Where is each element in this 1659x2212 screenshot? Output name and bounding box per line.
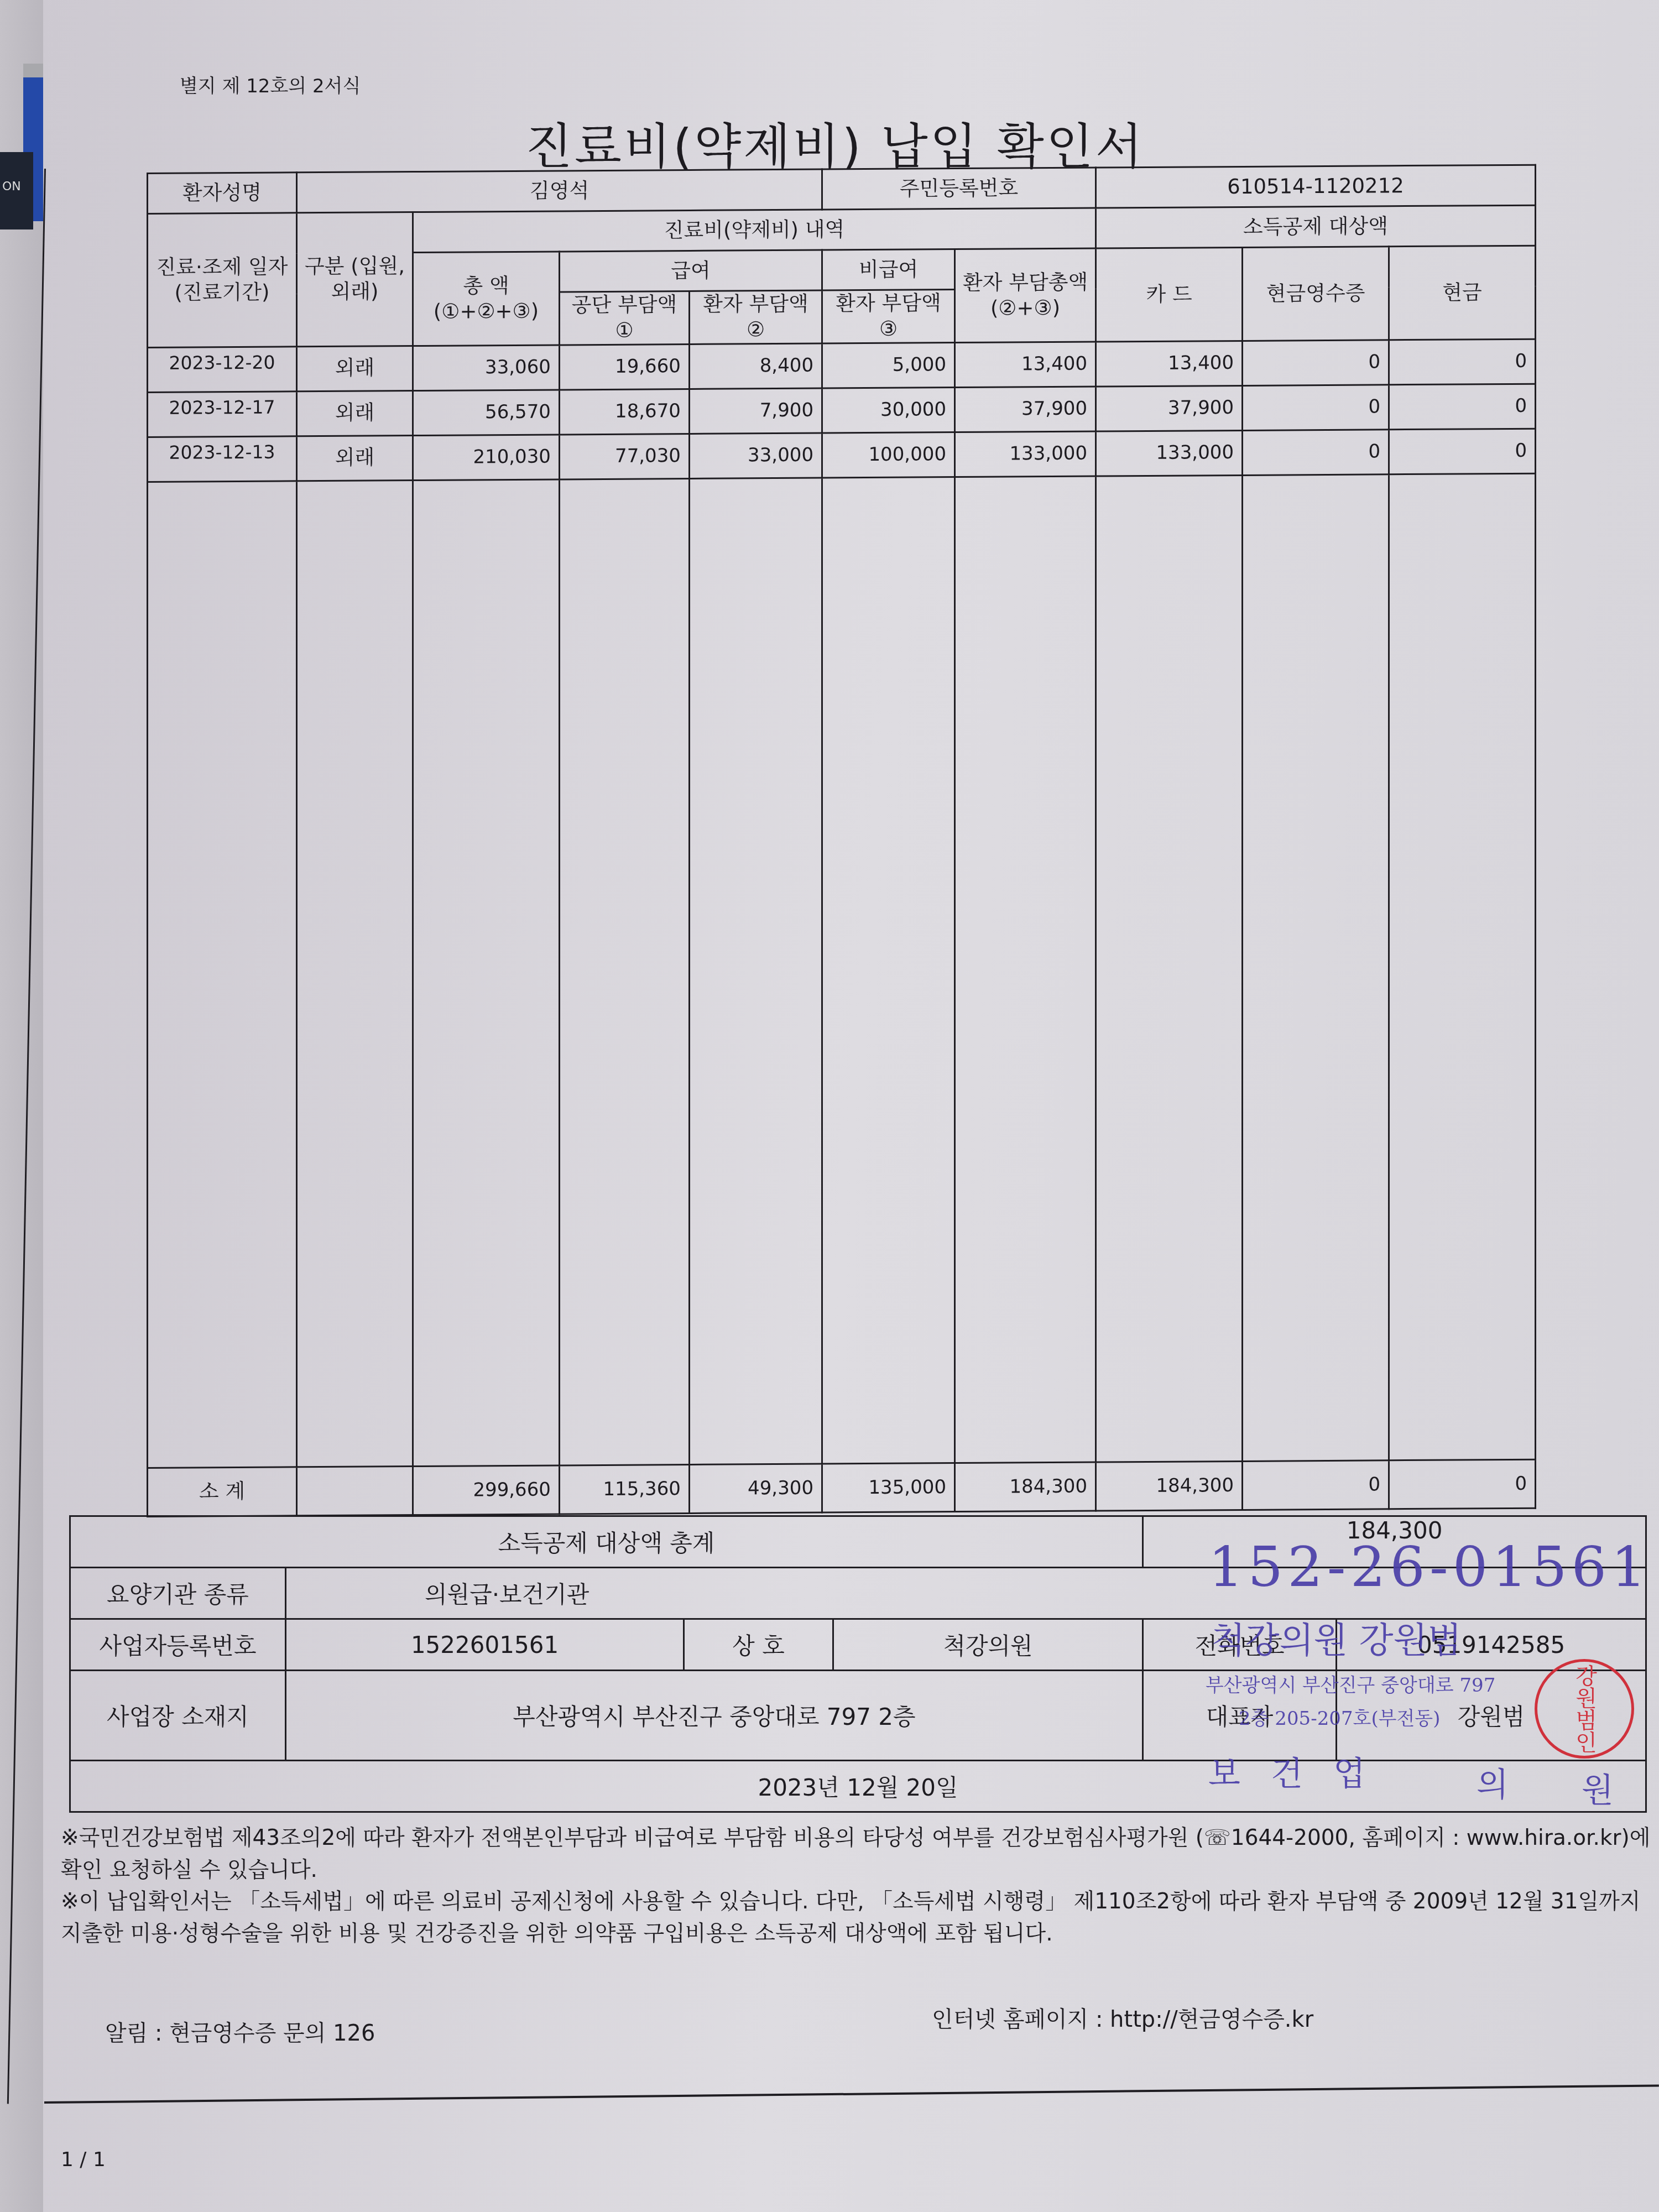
empty-cell xyxy=(1243,474,1389,1461)
row-cash-receipt: 0 xyxy=(1243,429,1389,475)
row-date: 2023-12-17 xyxy=(148,391,297,437)
issue-date: 2023년 12월 20일 xyxy=(70,1761,1646,1812)
row-cash-receipt: 0 xyxy=(1243,384,1389,430)
empty-cell xyxy=(1389,473,1536,1460)
row-patient-share: 7,900 xyxy=(690,388,822,434)
patient-total-formula: (②+③) xyxy=(990,296,1060,320)
table-row: 2023-12-13 외래 210,030 77,030 33,000 100,… xyxy=(148,429,1536,482)
patient-total-label: 환자 부담총액 xyxy=(963,270,1088,294)
page-number: 1 / 1 xyxy=(61,2148,106,2171)
empty-cell xyxy=(297,1466,413,1515)
id-number: 610514-1120212 xyxy=(1096,165,1536,208)
table-row: 2023-12-17 외래 56,570 18,670 7,900 30,000… xyxy=(148,384,1536,437)
row-public-share: 18,670 xyxy=(560,389,690,434)
subtotal-label: 소 계 xyxy=(148,1467,297,1516)
patient-share-header: 환자 부담액② xyxy=(690,290,822,344)
card-header: 카 드 xyxy=(1096,247,1243,341)
row-patient-total: 133,000 xyxy=(955,431,1096,477)
row-cash: 0 xyxy=(1389,384,1536,430)
stamp-address-2: 2층 205-207호(부전동) xyxy=(1239,1703,1440,1730)
row-non-covered: 100,000 xyxy=(822,432,955,477)
empty-cell xyxy=(560,478,690,1465)
row-total: 56,570 xyxy=(413,389,560,435)
row-public-share: 19,660 xyxy=(560,344,690,389)
row-total: 33,060 xyxy=(413,345,560,390)
row-card: 37,900 xyxy=(1096,385,1243,431)
date-header: 진료·조제 일자 (진료기간) xyxy=(148,213,297,347)
trade-name-label: 상 호 xyxy=(684,1619,833,1671)
address: 부산광역시 부산진구 중앙대로 797 2층 xyxy=(286,1671,1143,1761)
row-public-share: 77,030 xyxy=(560,434,690,479)
row-type: 외래 xyxy=(297,390,413,436)
note-2: ※이 납입확인서는 「소득세법」에 따른 의료비 공제신청에 사용할 수 있습니… xyxy=(61,1886,1653,1949)
empty-cell xyxy=(413,479,560,1466)
row-non-covered: 30,000 xyxy=(822,387,955,432)
subtotal-patient-share: 49,300 xyxy=(690,1464,822,1513)
patient-total-header: 환자 부담총액(②+③) xyxy=(955,248,1096,342)
row-patient-total: 13,400 xyxy=(955,342,1096,388)
note-1: ※국민건강보험법 제43조의2에 따라 환자가 전액본인부담과 비급여로 부담함… xyxy=(61,1822,1653,1886)
total-formula: (①+②+③) xyxy=(434,299,539,323)
patient-name: 김영석 xyxy=(297,169,822,213)
institution-type-label: 요양기관 종류 xyxy=(70,1568,286,1619)
stamp-address-1: 부산광역시 부산진구 중앙대로 797 xyxy=(1206,1670,1495,1697)
total-label: 총 액 xyxy=(463,273,509,298)
subtotal-card: 184,300 xyxy=(1096,1461,1243,1511)
address-label: 사업장 소재지 xyxy=(70,1671,286,1761)
row-patient-total: 37,900 xyxy=(955,387,1096,432)
deduction-header: 소득공제 대상액 xyxy=(1096,205,1536,248)
row-total: 210,030 xyxy=(413,434,560,480)
empty-cell xyxy=(822,477,955,1463)
subtotal-patient-total: 184,300 xyxy=(955,1462,1096,1512)
row-cash-receipt: 0 xyxy=(1243,340,1389,385)
row-non-covered: 5,000 xyxy=(822,342,955,388)
subtotal-row: 소 계 299,660 115,360 49,300 135,000 184,3… xyxy=(148,1459,1536,1516)
subtotal-total: 299,660 xyxy=(413,1465,560,1515)
table-row: 2023-12-20 외래 33,060 19,660 8,400 5,000 … xyxy=(148,339,1536,392)
row-card: 13,400 xyxy=(1096,341,1243,387)
stamp-suffix-2: 원 xyxy=(1582,1764,1614,1812)
footer-notice: 알림 : 현금영수증 문의 126 xyxy=(105,2016,375,2047)
row-patient-share: 8,400 xyxy=(690,343,822,389)
form-code: 별지 제 12호의 2서식 xyxy=(180,71,361,98)
empty-cell xyxy=(1096,475,1243,1462)
subtotal-cash: 0 xyxy=(1389,1459,1536,1509)
empty-cell xyxy=(148,481,297,1468)
empty-cell xyxy=(690,478,822,1464)
red-seal-icon: 강원범인 xyxy=(1535,1659,1634,1759)
non-covered-header: 비급여 xyxy=(822,249,955,290)
non-covered-patient-header: 환자 부담액③ xyxy=(822,290,955,343)
row-date: 2023-12-13 xyxy=(148,436,297,482)
stamp-biz-no: 152-26-01561 xyxy=(1208,1535,1651,1599)
payment-table: 환자성명 김영석 주민등록번호 610514-1120212 진료·조제 일자 … xyxy=(147,164,1536,1517)
public-share-header: 공단 부담액① xyxy=(560,291,690,345)
row-type: 외래 xyxy=(297,346,413,391)
cash-header: 현금 xyxy=(1389,246,1536,340)
dark-object: ON xyxy=(0,152,33,229)
deduction-total-label: 소득공제 대상액 총계 xyxy=(70,1516,1143,1568)
empty-cell xyxy=(955,476,1096,1463)
stamp-clinic: 척강의원 강원범 xyxy=(1211,1612,1462,1663)
biz-no-label: 사업자등록번호 xyxy=(70,1619,286,1671)
total-header: 총 액(①+②+③) xyxy=(413,252,560,346)
row-date: 2023-12-20 xyxy=(148,346,297,392)
trade-name: 척강의원 xyxy=(833,1619,1143,1671)
subtotal-cash-receipt: 0 xyxy=(1243,1460,1389,1510)
category-header: 구분 (입원, 외래) xyxy=(297,212,413,347)
row-card: 133,000 xyxy=(1096,430,1243,476)
row-type: 외래 xyxy=(297,435,413,481)
breakdown-header: 진료비(약제비) 내역 xyxy=(413,208,1096,253)
subtotal-public-share: 115,360 xyxy=(560,1464,690,1514)
notes: ※국민건강보험법 제43조의2에 따라 환자가 전액본인부담과 비급여로 부담함… xyxy=(61,1822,1653,1950)
subtotal-non-covered: 135,000 xyxy=(822,1463,955,1512)
row-patient-share: 33,000 xyxy=(690,433,822,478)
covered-header: 급여 xyxy=(560,250,822,292)
row-cash: 0 xyxy=(1389,429,1536,474)
empty-cell xyxy=(297,480,413,1467)
id-number-label: 주민등록번호 xyxy=(822,168,1096,210)
biz-no: 1522601561 xyxy=(286,1619,684,1671)
row-cash: 0 xyxy=(1389,339,1536,385)
patient-name-label: 환자성명 xyxy=(148,173,297,214)
cash-receipt-header: 현금영수증 xyxy=(1243,247,1389,341)
stamp-suffix-1: 의 xyxy=(1477,1759,1509,1806)
stamp-type: 보 건 업 xyxy=(1208,1747,1375,1795)
footer-website[interactable]: 인터넷 홈페이지 : http://현금영수증.kr xyxy=(932,2002,1313,2033)
